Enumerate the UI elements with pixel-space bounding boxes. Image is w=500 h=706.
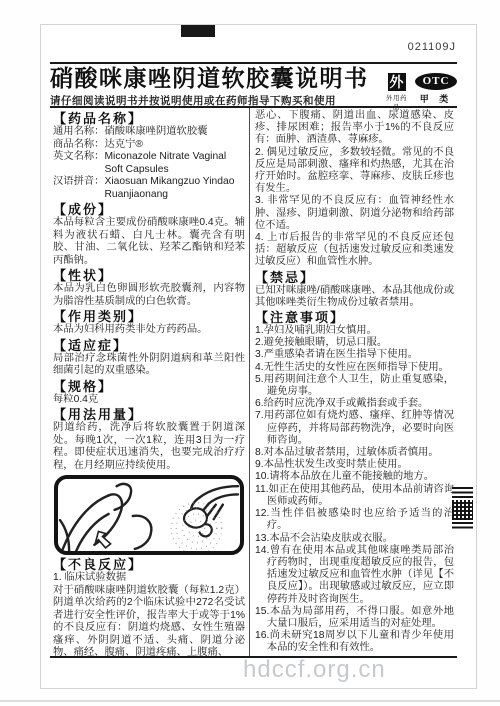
precaution-item: 5.用药期间注意个人卫生，防止重复感染，避免房事。	[255, 374, 454, 398]
usage-illustration	[54, 475, 244, 555]
section-ingredients-heading: 【成份】	[53, 202, 245, 217]
precaution-item: 15.本品为局部用药，不得口服。如意外地大量口服后，应采用适当的对症处理。	[255, 606, 454, 630]
precaution-item: 7.用药部位如有烧灼感、瘙痒、红肿等情况应停药，并将局部药物洗净，必要时向医师咨…	[255, 410, 454, 447]
scan-edge-line	[0, 700, 500, 702]
leaflet-sheet: 021109J 硝酸咪康唑阴道软胶囊说明书 请仔细阅读说明书并按说明使用或在药师…	[40, 24, 477, 689]
adverse-item-2: 2. 偶见过敏反应，多数较轻微。常见的不良反应是局部刺激、瘙痒和灼热感，尤其在治…	[255, 147, 454, 196]
section-strength-heading: 【规格】	[53, 379, 245, 394]
contraindications-text: 已知对咪康唑/硝酸咪康唑、本品其他成份或其他咪唑类衍生物成份过敏者禁用。	[255, 285, 454, 309]
section-category-heading: 【作用类别】	[53, 309, 245, 324]
precautions-list: 1.孕妇及哺乳期妇女慎用。 2.避免接触眼睛，切忌口服。 3.严重感染者请在医生…	[255, 325, 454, 654]
precaution-item: 2.避免接触眼睛，切忌口服。	[255, 337, 454, 349]
barcode	[452, 487, 473, 531]
precaution-item: 14.曾有在使用本品或其他咪康唑类局部治疗药物时，出现重度超敏反应的报告，包括速…	[255, 545, 454, 606]
content-columns: 【药品名称】 通用名称： 硝酸咪康唑阴道软胶囊 商品名称： 达克宁® 英文名称：…	[50, 106, 457, 658]
otc-mark: OTC 甲 类	[415, 73, 457, 105]
section-drug-name-heading: 【药品名称】	[53, 111, 245, 126]
insertion-diagram-icon	[58, 479, 240, 551]
section-contraindications-heading: 【禁忌】	[255, 270, 454, 285]
precaution-item: 6.给药时应洗净双手或戴指套或手套。	[255, 398, 454, 410]
brand-name-label: 商品名称：	[53, 139, 104, 152]
document-code: 021109J	[408, 41, 456, 53]
external-use-icon: 外	[388, 73, 406, 91]
precaution-item: 9.本品性状发生改变时禁止使用。	[255, 459, 454, 471]
right-column: 恶心、下腹痛、阴道出血、尿道感染、皮疹、排尿困难；报告率小于1%的不良反应有：面…	[249, 108, 457, 656]
otc-badge-icon: OTC	[415, 73, 457, 90]
english-name-label: 英文名称：	[53, 151, 104, 176]
watermark-url: hdccf.org.cn	[243, 656, 386, 684]
section-precautions-heading: 【注意事项】	[255, 310, 454, 325]
section-indications-heading: 【适应症】	[53, 338, 245, 353]
adverse-item-4: 4. 上市后报告的非常罕见的不良反应还包括：超敏反应（包括速发过敏反应和类速发过…	[255, 232, 454, 269]
header: 硝酸咪康唑阴道软胶囊说明书 请仔细阅读说明书并按说明使用或在药师指导下购买和使用…	[50, 65, 457, 108]
adverse-item-3: 3. 非常罕见的不良反应有：血管神经性水肿、湿疹、阴道刺激、阴道分泌物和给药部位…	[255, 195, 454, 232]
section-adverse-heading: 【不良反应】	[53, 557, 245, 572]
drug-name-pinyin-row: 汉语拼音： Xiaosuan Mikangzuo Yindao Ruanjiao…	[53, 176, 245, 201]
precaution-item: 8.对本品过敏者禁用，过敏体质者慎用。	[255, 447, 454, 459]
precaution-item: 16.尚未研究18周岁以下儿童和青少年使用本品的安全性和有效性。	[255, 630, 454, 654]
otc-class-label: 甲 类	[415, 92, 457, 105]
precaution-item: 11.如正在使用其他药品，使用本品前请咨询医师或药师。	[255, 484, 454, 508]
precaution-item: 13.本品不会沾染皮肤或衣服。	[255, 533, 454, 545]
datamatrix-icon	[452, 500, 473, 520]
section-dosage-heading: 【用法用量】	[53, 407, 245, 422]
generic-name-label: 通用名称：	[53, 126, 104, 139]
barcode-bars-icon	[452, 522, 473, 531]
indications-text: 局部治疗念珠菌性外阴阴道病和革兰阳性细菌引起的双重感染。	[53, 353, 245, 378]
capsule-icon	[184, 508, 207, 527]
precaution-item: 10.请将本品放在儿童不能接触的地方。	[255, 471, 454, 483]
precaution-item: 12.当性伴侣被感染时也应给予适当的治疗。	[255, 508, 454, 532]
category-text: 本品为妇科用药类非处方药药品。	[53, 324, 245, 337]
drug-name-brand-row: 商品名称： 达克宁®	[53, 139, 245, 152]
adverse-subtitle: 1. 临床试验数据	[53, 572, 245, 585]
brand-name-value: 达克宁®	[104, 139, 245, 152]
dosage-text: 阴道给药，洗净后将软胶囊置于阴道深处。每晚1次，一次1粒，连用3日为一疗程。即使…	[53, 422, 245, 472]
precaution-item: 4.无性生活史的女性应在医师指导下使用。	[255, 362, 454, 374]
adverse-text: 对于硝酸咪康唑阴道软胶囊（每粒1.2克）阴道单次给药的2个临床试验中272名受试…	[53, 585, 245, 659]
section-description-heading: 【性状】	[53, 268, 245, 283]
left-column: 【药品名称】 通用名称： 硝酸咪康唑阴道软胶囊 商品名称： 达克宁® 英文名称：…	[50, 108, 249, 656]
leaflet-page: 021109J 硝酸咪康唑阴道软胶囊说明书 请仔细阅读说明书并按说明使用或在药师…	[0, 0, 500, 706]
precaution-item: 1.孕妇及哺乳期妇女慎用。	[255, 325, 454, 337]
adverse-continued-text: 恶心、下腹痛、阴道出血、尿道感染、皮疹、排尿困难；报告率小于1%的不良反应有：面…	[255, 110, 454, 147]
pinyin-name-label: 汉语拼音：	[53, 176, 104, 201]
top-rule	[50, 62, 457, 64]
barcode-bars-icon	[452, 487, 473, 498]
english-name-value: Miconazole Nitrate Vaginal Soft Capsules	[104, 151, 245, 176]
drug-name-english-row: 英文名称： Miconazole Nitrate Vaginal Soft Ca…	[53, 151, 245, 176]
generic-name-value: 硝酸咪康唑阴道软胶囊	[104, 126, 245, 139]
precaution-item: 3.严重感染者请在医生指导下使用。	[255, 349, 454, 361]
drug-name-generic-row: 通用名称： 硝酸咪康唑阴道软胶囊	[53, 126, 245, 139]
registration-mark	[181, 25, 215, 37]
description-text: 本品为乳白色卵圆形软壳胶囊剂，内容物为脂溶性基质制成的白色软膏。	[53, 283, 245, 308]
pinyin-name-value: Xiaosuan Mikangzuo Yindao Ruanjiaonang	[104, 176, 245, 201]
strength-text: 每粒0.4克	[53, 394, 245, 407]
ingredients-text: 本品每粒含主要成份硝酸咪康唑0.4克。辅料为液状石蜡、白凡士林。囊壳含有明胶、甘…	[53, 217, 245, 267]
